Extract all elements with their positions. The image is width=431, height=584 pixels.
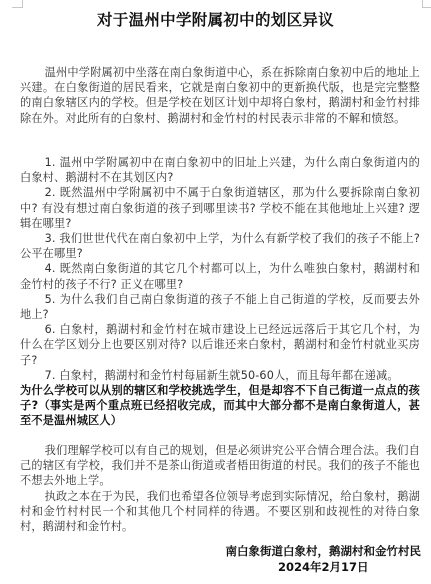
document-title: 对于温州中学附属初中的划区异议 xyxy=(0,8,431,30)
intro-section: 温州中学附属初中坐落在南白象街道中心，系在拆除南白象初中后的地址上兴建。在白象街… xyxy=(20,65,420,126)
question-6: 6. 白象村，鹅湖村和金竹村在城市建设上已经远远落后于其它几个村，为什么在学区划… xyxy=(20,322,420,368)
closing-paragraph-1: 我们理解学校可以有自己的规划，但是必须讲究公平合情合理合法。我们自己的辖区有学校… xyxy=(20,443,420,489)
question-2: 2. 既然温州中学附属初中不属于白象街道辖区，那为什么要拆除南白象初中? 有没有… xyxy=(20,185,420,231)
intro-paragraph: 温州中学附属初中坐落在南白象街道中心，系在拆除南白象初中后的地址上兴建。在白象街… xyxy=(20,65,420,126)
closing-paragraph-2: 执政之本在于为民，我们也希望各位领导考虑到实际情况，给白象村，鹅湖村和金竹村村民… xyxy=(20,489,420,535)
bold-statement: 为什么学校可以从别的辖区和学校挑选学生，但是却容不下自己街道一点点的孩子?（事实… xyxy=(20,383,420,429)
question-5: 5. 为什么我们自己南白象街道的孩子不能上自己街道的学校，反而要去外地上? xyxy=(20,292,420,322)
question-4: 4. 既然南白象街道的其它几个村都可以上，为什么唯独白象村，鹅湖村和金竹村的孩子… xyxy=(20,261,420,291)
question-3: 3. 我们世世代代在南白象初中上学，为什么有新学校了我们的孩子不能上? 公平在哪… xyxy=(20,231,420,261)
questions-section: 1. 温州中学附属初中在南白象初中的旧址上兴建，为什么南白象街道内的白象村、鹅湖… xyxy=(20,155,420,429)
question-1: 1. 温州中学附属初中在南白象初中的旧址上兴建，为什么南白象街道内的白象村、鹅湖… xyxy=(20,155,420,185)
signature-block: 南白象街道白象村，鹅湖村和金竹村民 2024年2月17日 xyxy=(226,543,422,575)
question-7: 7. 白象村，鹅湖村和金竹村每届新生就50-60人，而且每年都在递减。 xyxy=(20,368,420,383)
date: 2024年2月17日 xyxy=(226,559,422,575)
page-corner-mark-right xyxy=(422,0,431,8)
page-corner-mark-left xyxy=(12,0,23,8)
signature: 南白象街道白象村，鹅湖村和金竹村民 xyxy=(226,543,422,559)
closing-section: 我们理解学校可以有自己的规划，但是必须讲究公平合情合理合法。我们自己的辖区有学校… xyxy=(20,443,420,534)
